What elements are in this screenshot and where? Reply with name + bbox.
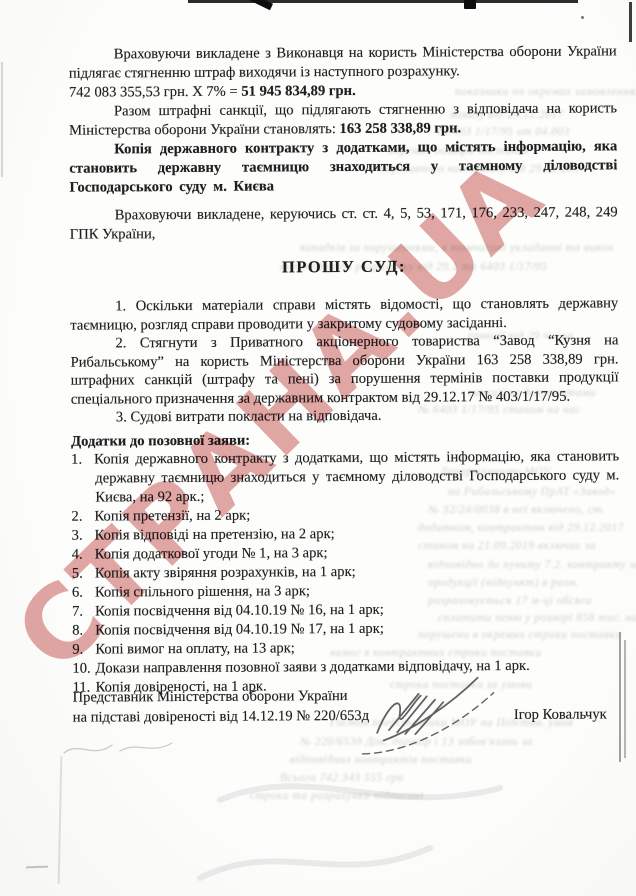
attachment-number: 9. — [72, 641, 95, 660]
attachment-text: Копія відповіді на претензію, на 2 арк; — [95, 526, 335, 543]
scan-artifact-bottom-dash — [26, 866, 48, 869]
attachments-list: 1.Копія державного контракту з додатками… — [71, 447, 620, 697]
paragraph-penalty-intro: Враховуючи викладене з Виконавця на кори… — [69, 42, 617, 83]
attachment-number: 6. — [72, 584, 95, 603]
request-item-1: 1. Оскільки матеріали справи містять від… — [70, 294, 618, 334]
power-of-attorney-line: на підставі довіреності від 14.12.19 № 2… — [73, 706, 370, 728]
calc-prefix: 742 083 355,53 грн. Х 7% = — [69, 84, 242, 101]
request-item-2: 2. Стягнути з Приватного акціонерного то… — [70, 331, 618, 408]
attachment-text: Копія державного контракту з додатками, … — [94, 448, 619, 505]
pencil-note-marks — [60, 733, 190, 765]
attachment-number: 1. — [71, 451, 94, 470]
total-amount-bold: 163 258 338,89 грн. — [339, 120, 461, 137]
attachment-number: 8. — [72, 622, 95, 641]
representative-line: Представник Міністерства оборони України — [73, 686, 370, 708]
scan-artifact-right-edge-line — [629, 2, 632, 42]
attachment-number: 5. — [72, 565, 95, 584]
attachment-text: Копі вимог на оплату, на 13 арк; — [95, 640, 295, 657]
attachment-item-1: 1.Копія державного контракту з додатками… — [71, 447, 619, 507]
scan-smudge-curves — [180, 770, 520, 896]
paragraph-legal-basis: Враховуючи викладене, керуючись ст. ст. … — [70, 203, 618, 244]
representative-lines: Представник Міністерства оборони України… — [73, 686, 370, 728]
attachment-number: 3. — [72, 527, 95, 546]
scan-artifact-fold-line — [58, 756, 62, 884]
scan-artifact-right-margin-line-2 — [624, 640, 626, 758]
attachment-number: 7. — [72, 603, 95, 622]
paragraph-secret-contract-note: Копія державного контракту з додатками, … — [69, 137, 617, 197]
signatory-name: Ігор Ковальчук — [514, 704, 607, 725]
request-item-3: 3. Судові витрати покласти на відповідач… — [71, 405, 619, 427]
attachment-text: Копія акту звіряння розрахунків, на 1 ар… — [95, 564, 356, 582]
paragraph-total-sanctions: Разом штрафні санкції, що підлягають стя… — [69, 99, 617, 140]
attachment-text: Копія посвідчення від 04.10.19 № 17, на … — [95, 621, 384, 639]
attachment-number: 2. — [71, 508, 94, 527]
requests-list: 1. Оскільки матеріали справи містять від… — [70, 294, 619, 427]
attachment-text: Копія спільного рішення, на 3 арк; — [95, 583, 310, 600]
attachment-text: Копія претензії, на 2 арк; — [94, 508, 250, 525]
scan-artifact-left-edge-line — [1, 62, 3, 177]
scanned-document-page: показники по окремих замовленняхнаказу в… — [0, 0, 636, 896]
handwritten-signature — [327, 666, 508, 763]
attachment-number: 10. — [72, 660, 95, 679]
calc-result-bold: 51 945 834,89 грн. — [241, 83, 355, 100]
attachment-text: Копія додаткової угоди № 1, на 3 арк; — [95, 545, 328, 562]
attachment-number: 4. — [72, 546, 95, 565]
attachment-text: Копія посвідчення від 04.10.19 № 16, на … — [95, 602, 384, 620]
heading-request-to-court: ПРОШУ СУД: — [70, 255, 618, 277]
